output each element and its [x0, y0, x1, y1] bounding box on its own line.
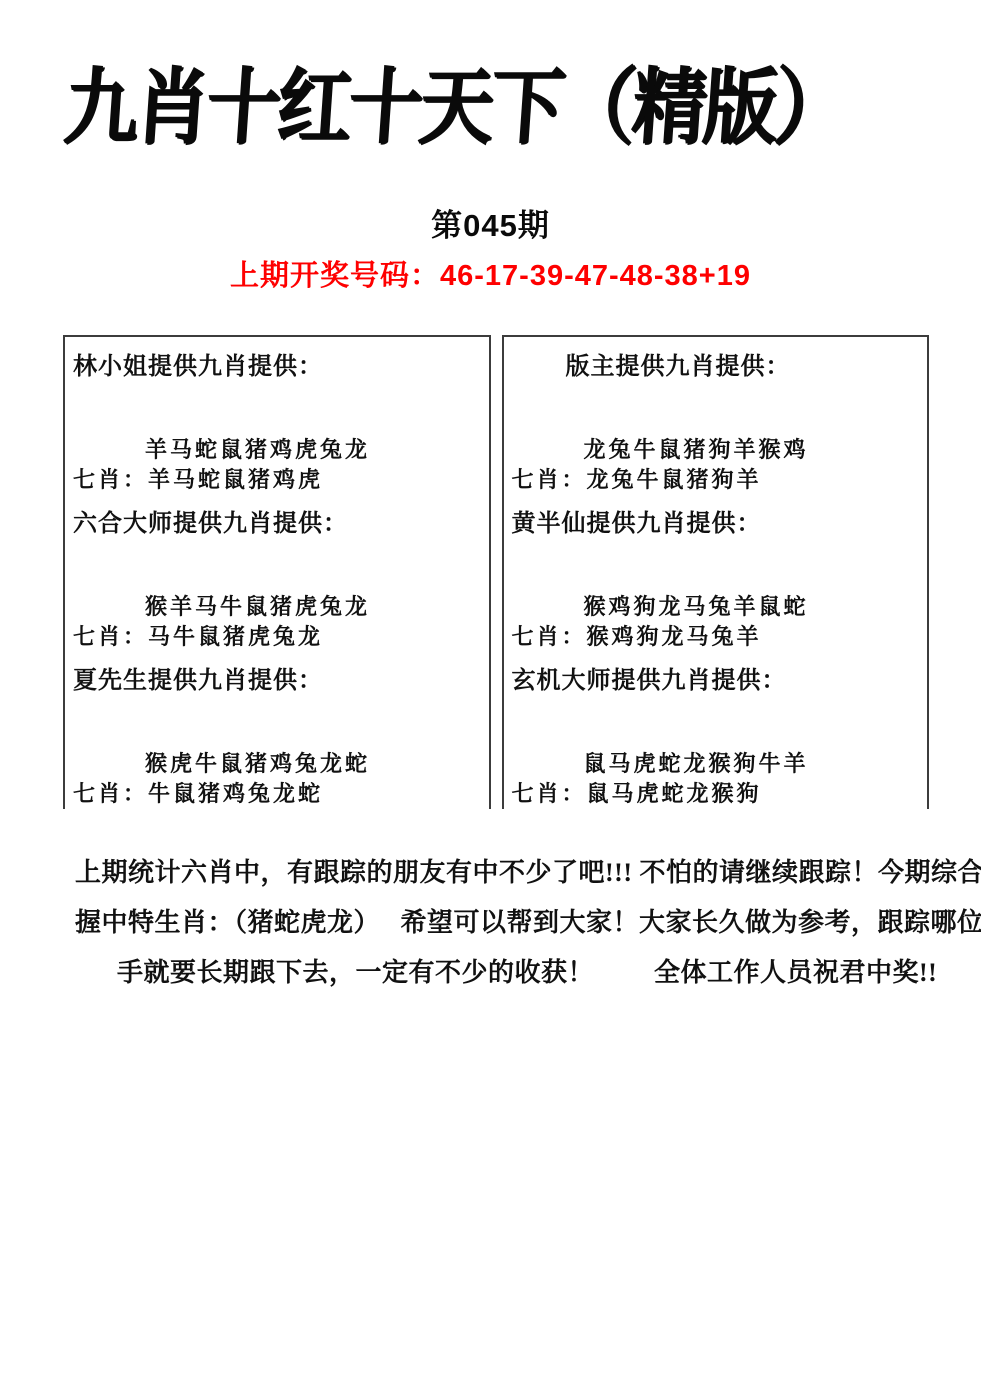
nine-zodiac-row: 鼠马虎蛇龙猴狗牛羊 [584, 747, 809, 778]
nine-zodiac-row: 猴虎牛鼠猪鸡兔龙蛇 [145, 747, 370, 778]
provider-title: 夏先生提供九肖提供： [73, 660, 323, 695]
prediction-section-huangbanxian: 黄半仙提供九肖提供： 猴鸡狗龙马兔羊鼠蛇 七肖：猴鸡狗龙马兔羊 [504, 494, 928, 651]
issue-number: 第045期 [0, 200, 981, 245]
nine-zodiac-row: 猴鸡狗龙马兔羊鼠蛇 [584, 590, 809, 621]
seven-zodiac-row: 七肖：羊马蛇鼠猪鸡虎 [73, 463, 323, 494]
prediction-section-banzhu: 版主提供九肖提供： 龙兔牛鼠猪狗羊猴鸡 七肖：龙兔牛鼠猪狗羊 [504, 337, 928, 494]
panel-right: 版主提供九肖提供： 龙兔牛鼠猪狗羊猴鸡 七肖：龙兔牛鼠猪狗羊 黄半仙提供九肖提供… [502, 335, 930, 809]
commentary-line: 手就要长期跟下去，一定有不少的收获！ 全体工作人员祝君中奖!! [75, 948, 911, 998]
prediction-panels: 林小姐提供九肖提供： 羊马蛇鼠猪鸡虎兔龙 七肖：羊马蛇鼠猪鸡虎 六合大师提供九肖… [63, 335, 929, 809]
nine-zodiac-row: 猴羊马牛鼠猪虎兔龙 [145, 590, 370, 621]
provider-title: 六合大师提供九肖提供： [73, 503, 348, 538]
seven-zodiac-row: 七肖：牛鼠猪鸡兔龙蛇 [73, 777, 323, 808]
nine-zodiac-row: 羊马蛇鼠猪鸡虎兔龙 [145, 433, 370, 464]
seven-zodiac-row: 七肖：马牛鼠猪虎兔龙 [73, 620, 323, 651]
provider-title: 玄机大师提供九肖提供： [512, 660, 787, 695]
prediction-section-xuanjidashi: 玄机大师提供九肖提供： 鼠马虎蛇龙猴狗牛羊 七肖：鼠马虎蛇龙猴狗 [504, 651, 928, 808]
panel-left: 林小姐提供九肖提供： 羊马蛇鼠猪鸡虎兔龙 七肖：羊马蛇鼠猪鸡虎 六合大师提供九肖… [63, 335, 491, 809]
provider-title: 林小姐提供九肖提供： [73, 346, 323, 381]
last-draw-numbers: 上期开奖号码：46-17-39-47-48-38+19 [0, 253, 981, 294]
prediction-section-xiaxiansheng: 夏先生提供九肖提供： 猴虎牛鼠猪鸡兔龙蛇 七肖：牛鼠猪鸡兔龙蛇 [65, 651, 489, 808]
tip-sheet-page: 九肖十红十天下（精版） 第045期 上期开奖号码：46-17-39-47-48-… [0, 0, 981, 1388]
commentary-line: 上期统计六肖中，有跟踪的朋友有中不少了吧!!! 不怕的请继续跟踪！今期综合比较有… [75, 848, 911, 898]
provider-title: 黄半仙提供九肖提供： [512, 503, 762, 538]
seven-zodiac-row: 七肖：龙兔牛鼠猪狗羊 [512, 463, 762, 494]
masthead-logo-text: 九肖十红十天下（精版） [0, 42, 914, 161]
prediction-section-liuhedashi: 六合大师提供九肖提供： 猴羊马牛鼠猪虎兔龙 七肖：马牛鼠猪虎兔龙 [65, 494, 489, 651]
seven-zodiac-row: 七肖：猴鸡狗龙马兔羊 [512, 620, 762, 651]
commentary-paragraph: 上期统计六肖中，有跟踪的朋友有中不少了吧!!! 不怕的请继续跟踪！今期综合比较有… [75, 848, 911, 998]
nine-zodiac-row: 龙兔牛鼠猪狗羊猴鸡 [584, 433, 809, 464]
seven-zodiac-row: 七肖：鼠马虎蛇龙猴狗 [512, 777, 762, 808]
prediction-section-linxiaojie: 林小姐提供九肖提供： 羊马蛇鼠猪鸡虎兔龙 七肖：羊马蛇鼠猪鸡虎 [65, 337, 489, 494]
commentary-line: 握中特生肖：（猪蛇虎龙） 希望可以帮到大家！大家长久做为参考，跟踪哪位高 [75, 898, 911, 948]
provider-title: 版主提供九肖提供： [566, 346, 791, 381]
